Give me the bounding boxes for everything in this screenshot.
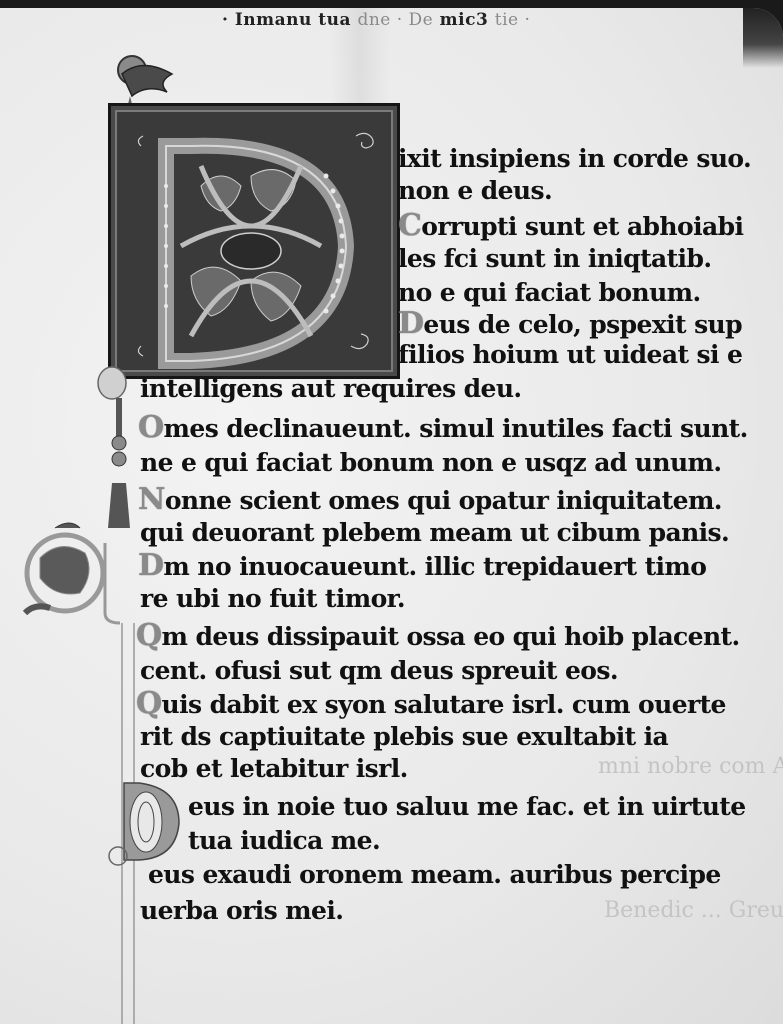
text-line: Omes declinaueunt. simul inutiles facti … [138, 410, 748, 445]
text-line: eus in noie tuo saluu me fac. et in uirt… [188, 792, 746, 821]
text-line: no e qui faciat bonum. [398, 278, 701, 307]
text-line: Qm deus dissipauit ossa eo qui hoib plac… [136, 618, 740, 653]
versal-initial: Q [136, 618, 162, 653]
text-line: eus exaudi oronem meam. auribus percipe [148, 860, 721, 889]
line-text: intelligens aut requires deu. [140, 374, 522, 403]
line-text: uerba oris mei. [140, 896, 343, 925]
text-line: Nonne scient omes qui opatur iniquitatem… [138, 482, 722, 517]
text-line: cob et letabitur isrl. [140, 754, 408, 783]
running-head: · Inmanu tua dne · De mic3 tie · [222, 10, 530, 30]
running-head-faded: dne · De [357, 10, 433, 30]
versal-initial: D [138, 548, 163, 583]
line-text: onne scient omes qui opatur iniquitatem. [165, 486, 722, 515]
text-line: les fci sunt in iniqtatib. [398, 244, 711, 273]
page-edge-shadow [743, 8, 783, 68]
small-initial-d [104, 778, 184, 868]
line-text: cent. ofusi sut qm deus spreuit eos. [140, 656, 618, 685]
line-text: tua iudica me. [188, 826, 380, 855]
text-line: uerba oris mei. [140, 896, 343, 925]
manuscript-page: · Inmanu tua dne · De mic3 tie · [0, 8, 783, 1024]
line-text: eus in noie tuo saluu me fac. et in uirt… [188, 792, 746, 821]
text-line: ne e qui faciat bonum non e usqz ad unum… [140, 448, 721, 477]
line-text: eus de celo, pspexit sup [423, 310, 742, 339]
line-text: cob et letabitur isrl. [140, 754, 408, 783]
line-text: orrupti sunt et abhoiabi [421, 212, 743, 241]
text-line: re ubi no fuit timor. [140, 584, 405, 613]
versal-initial: Q [136, 686, 162, 721]
text-line: qui deuorant plebem meam ut cibum panis. [140, 518, 729, 547]
text-line: Dm no inuocaueunt. illic trepidauert tim… [138, 548, 706, 583]
running-head-faded2: tie · [495, 10, 531, 30]
line-text: no e qui faciat bonum. [398, 278, 701, 307]
line-text: eus exaudi oronem meam. auribus percipe [148, 860, 721, 889]
text-line: tua iudica me. [188, 826, 380, 855]
running-head-dark2: mic3 [440, 10, 489, 30]
text-line: non e deus. [398, 176, 552, 205]
initial-d-icon [111, 106, 397, 376]
versal-initial: D [398, 306, 423, 341]
line-text: non e deus. [398, 176, 552, 205]
line-text: qui deuorant plebem meam ut cibum panis. [140, 518, 729, 547]
versal-initial: N [138, 482, 165, 517]
line-text: mes declinaueunt. simul inutiles facti s… [164, 414, 748, 443]
line-text: filios hoium ut uideat si e [398, 340, 742, 369]
text-line: filios hoium ut uideat si e [398, 340, 742, 369]
line-text: les fci sunt in iniqtatib. [398, 244, 711, 273]
text-line: Quis dabit ex syon salutare isrl. cum ou… [136, 686, 726, 721]
line-text: m deus dissipauit ossa eo qui hoib place… [162, 622, 740, 651]
illuminated-initial [108, 103, 400, 379]
line-text: uis dabit ex syon salutare isrl. cum oue… [162, 690, 726, 719]
text-line: intelligens aut requires deu. [140, 374, 522, 403]
versal-initial: C [398, 208, 421, 243]
text-line: cent. ofusi sut qm deus spreuit eos. [140, 656, 618, 685]
versal-initial: O [138, 410, 164, 445]
line-text: rit ds captiuitate plebis sue exultabit … [140, 722, 668, 751]
show-through-text: mni nobre com Anne [598, 754, 783, 779]
text-line: Corrupti sunt et abhoiabi [398, 208, 743, 243]
line-text: re ubi no fuit timor. [140, 584, 405, 613]
line-text: ne e qui faciat bonum non e usqz ad unum… [140, 448, 721, 477]
text-line: Deus de celo, pspexit sup [398, 306, 742, 341]
show-through-text: Benedic ... Greuar [604, 898, 783, 923]
line-text: m no inuocaueunt. illic trepidauert timo [163, 552, 706, 581]
text-line: ixit insipiens in corde suo. [398, 144, 751, 173]
line-text: ixit insipiens in corde suo. [398, 144, 751, 173]
text-line: rit ds captiuitate plebis sue exultabit … [140, 722, 668, 751]
running-head-dark: · Inmanu tua [222, 10, 351, 30]
